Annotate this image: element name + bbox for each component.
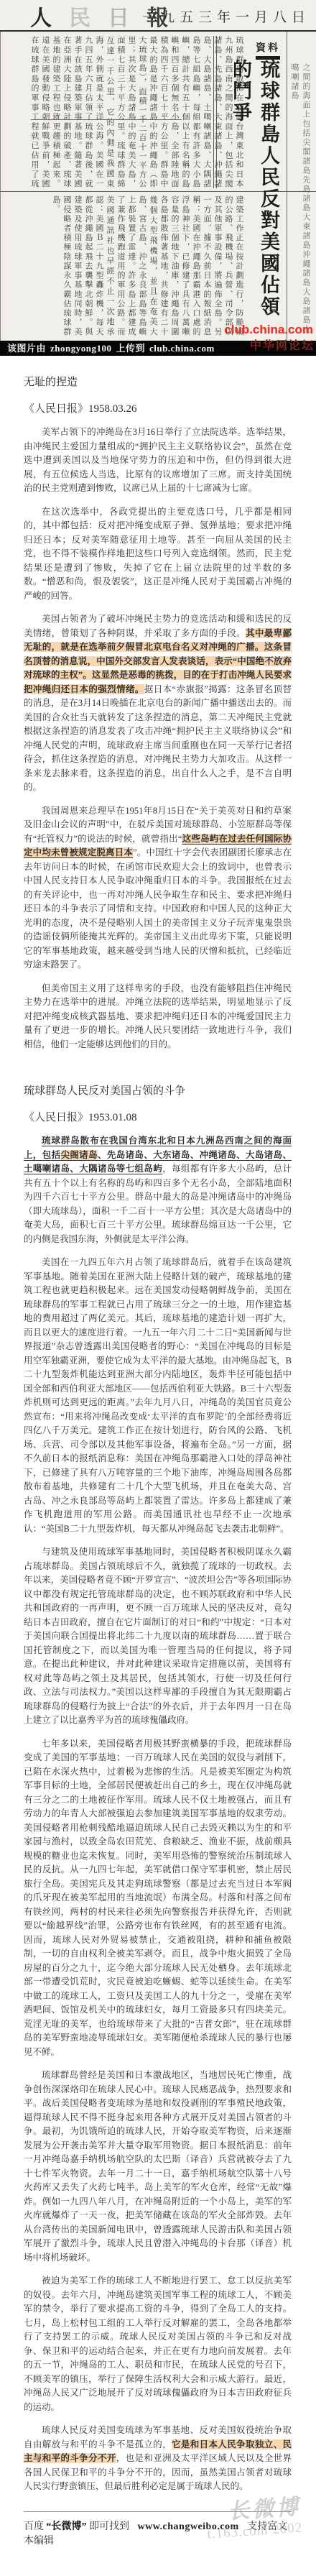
newspaper-masthead: 人民日報 一九五三年一月八日 [0, 0, 316, 32]
changweibo-url: www.changweibo.com [138, 2521, 239, 2532]
article-paragraph: 琉球群岛曾经是美国和日本激战地区，当地居民死亡惨重，战争创伤深深烙印在琉球人民心… [24, 2069, 292, 2265]
newspaper-clipping: 琉球群島散佈在我國台灣東北和日本九州島西南之間的海面上，包括尖閣諸島、先島諸島、… [0, 32, 316, 341]
article1-title: 无耻的捏造 [24, 376, 292, 390]
clipping-vertical-headline: 琉球群島人民反對美國佔領的鬥爭 [227, 59, 283, 338]
forum-watermark: 中华网论坛 [250, 336, 315, 353]
article-paragraph: 七年多以来，美国侵略者用极其野蛮横暴的手段，把琉球群岛变成了美国的军事基地；一百… [24, 1737, 292, 2060]
article1-source: 《人民日报》1958.03.26 [24, 402, 292, 417]
article-paragraph: 琉球人民反对美国变琉球为军事基地、反对美国奴役统治争取自由解放与和平的斗争不是孤… [24, 2424, 292, 2494]
newspaper-scan: 人民日報 一九五三年一月八日 琉球群島散佈在我國台灣東北和日本九州島西南之間的海… [0, 0, 316, 341]
upload-middle: 上传到 [116, 343, 145, 354]
emphasized-text: 尖阁诸岛 [61, 1150, 98, 1160]
changweibo-footer: 百度 “长微博” 即可找到 www.changweibo.com 支持富文本编辑… [24, 2511, 292, 2576]
article-paragraph: 我国周恩来总理早在1951年8月15日在“关于美英对日和约草案及旧金山会议的声明… [24, 804, 292, 972]
paragraph-text: 与建筑及使用琉球军事基地同时，美国侵略者积极阴谋永久霸占琉球群岛。美国占领琉球后… [24, 1547, 292, 1725]
clipping-edge-column: 之間的海面上包括尖閣諸島先島諸島大東諸島沖繩諸島大島諸島土噶喇諸島 [289, 63, 312, 335]
paragraph-text: 据日本“赤旗报”揭露：这条冒名顶替的消息，是在3月14日晚插在北京电台的新闻广播… [24, 684, 292, 793]
article-content: 无耻的捏造 《人民日报》1958.03.26 美军占领下的冲绳岛在3月16日举行… [0, 356, 316, 2494]
article2-title: 琉球群岛人民反对美国占领的斗争 [24, 1085, 292, 1099]
clipping-column-rule [216, 36, 217, 188]
masthead-char: 民 [69, 0, 90, 32]
article-paragraph: 美国占领者为了破坏冲绳民主势力的竞选活动和缓和选民的反美情绪，曾策划了各种阴谋，… [24, 612, 292, 795]
article2-paragraphs: 琉球群岛散布在我国台湾东北和日本九洲岛西南之间的海面上，包括尖阁诸岛、先岛诸岛、… [24, 1134, 292, 2494]
article-paragraph: 被迫为美军工作的琉球工人不断地进行罢工、怠工以反抗美军的奴役。去年六月，冲绳岛建… [24, 2274, 292, 2414]
page: 人民日報 一九五三年一月八日 琉球群島散佈在我國台灣東北和日本九州島西南之間的海… [0, 0, 316, 2576]
article2-source: 《人民日报》1953.01.08 [24, 1111, 292, 1126]
changweibo-brand: “长微博” [47, 2521, 87, 2532]
article-paragraph: 但美帝国主义用了这样卑劣的手段，也没有能够阻挡住冲绳民主势力在选举中的进展。冲绳… [24, 982, 292, 1052]
article-paragraph: 美军占领下的冲绳岛在3月16日举行了立法院选举。选举结果，由冲绳民主爱国力量组成… [24, 425, 292, 496]
article-paragraph: 与建筑及使用琉球军事基地同时，美国侵略者积极阴谋永久霸占琉球群岛。美国占领琉球后… [24, 1545, 292, 1728]
footer-prefix: 百度 [24, 2521, 44, 2532]
footer-mid: 即可找到 [89, 2521, 129, 2532]
ziliao-tag: 資料 [256, 40, 280, 60]
paragraph-text: 美军占领下的冲绳岛在3月16日举行了立法院选举。选举结果，由冲绳民主爱国力量组成… [24, 427, 292, 493]
clipping-partial-rule [31, 119, 182, 120]
masthead-date: 一九五三年一月八日 [142, 6, 310, 26]
masthead-char: 日 [108, 0, 129, 32]
article-paragraph: 琉球群岛散布在我国台湾东北和日本九洲岛西南之间的海面上，包括尖阁诸岛、先岛诸岛、… [24, 1134, 292, 1246]
clipping-text-lower: 建築工作正在按計劃進行，防颱風的公路、飛機場、兵營、司令部以及其他軍事設備，將遍… [31, 195, 244, 336]
upload-site: club.china.com [149, 343, 215, 354]
clipping-headline-rule [287, 32, 287, 341]
clipping-column-rule [213, 36, 214, 188]
paragraph-text: 七年多以来，美国侵略者用极其野蛮横暴的手段，把琉球群岛变成了美国的军事基地；一百… [24, 1739, 292, 2057]
paragraph-text: 被迫为美军工作的琉球工人不断地进行罢工、怠工以反抗美军的奴役。去年六月，冲绳岛建… [24, 2276, 292, 2412]
paragraph-text: 美国在一九四五年六月占领了琉球群岛后，就着手在该岛建筑军事基地。随着美国在亚洲大… [24, 1257, 292, 1534]
article1-paragraphs: 美军占领下的冲绳岛在3月16日举行了立法院选举。选举结果，由冲绳民主爱国力量组成… [24, 425, 292, 1052]
site-watermark: club.china.com [224, 323, 313, 337]
clipping-text-upper: 琉球群島散佈在我國台灣東北和日本九州島西南之間的海面上，包括尖閣諸島、先島諸島、… [31, 36, 244, 188]
paragraph-text: 但美帝国主义用了这样卑劣的手段，也没有能够阻挡住冲绳民主势力在选举中的进展。冲绳… [24, 983, 292, 1049]
uploader-username: zhongyong100 [50, 343, 111, 354]
paragraph-text: ”。中国红十字会代表团副团长廖承志在去年访问日本的时候，在函馆市民欢迎大会上的致… [24, 847, 292, 970]
article-paragraph: 在这次选举中，各政党提出的主要竞选口号，几乎都是相同的，其中都包括：反对把冲绳变… [24, 505, 292, 604]
scanned-newspaper-region: 人民日報 一九五三年一月八日 琉球群島散佈在我國台灣東北和日本九州島西南之間的海… [0, 0, 316, 356]
paragraph-text: 在这次选举中，各政党提出的主要竞选口号，几乎都是相同的，其中都包括：反对把冲绳变… [24, 507, 292, 601]
article-paragraph: 美国在一九四五年六月占领了琉球群岛后，就着手在该岛建筑军事基地。随着美国在亚洲大… [24, 1256, 292, 1536]
changweibo-watermark: 长微博 t.163.com 2002 [205, 2488, 303, 2542]
masthead-char: 人 [30, 0, 52, 32]
upload-prefix: 该图片由 [7, 343, 46, 354]
paragraph-text: ，每组都有许多大小岛屿，总计共有五十个以上有名称的岛屿和四百多个无名小岛，全部陆… [24, 1164, 292, 1244]
paragraph-text: 琉球群岛曾经是美国和日本激战地区，当地居民死亡惨重，战争创伤深深烙印在琉球人民心… [24, 2070, 292, 2263]
